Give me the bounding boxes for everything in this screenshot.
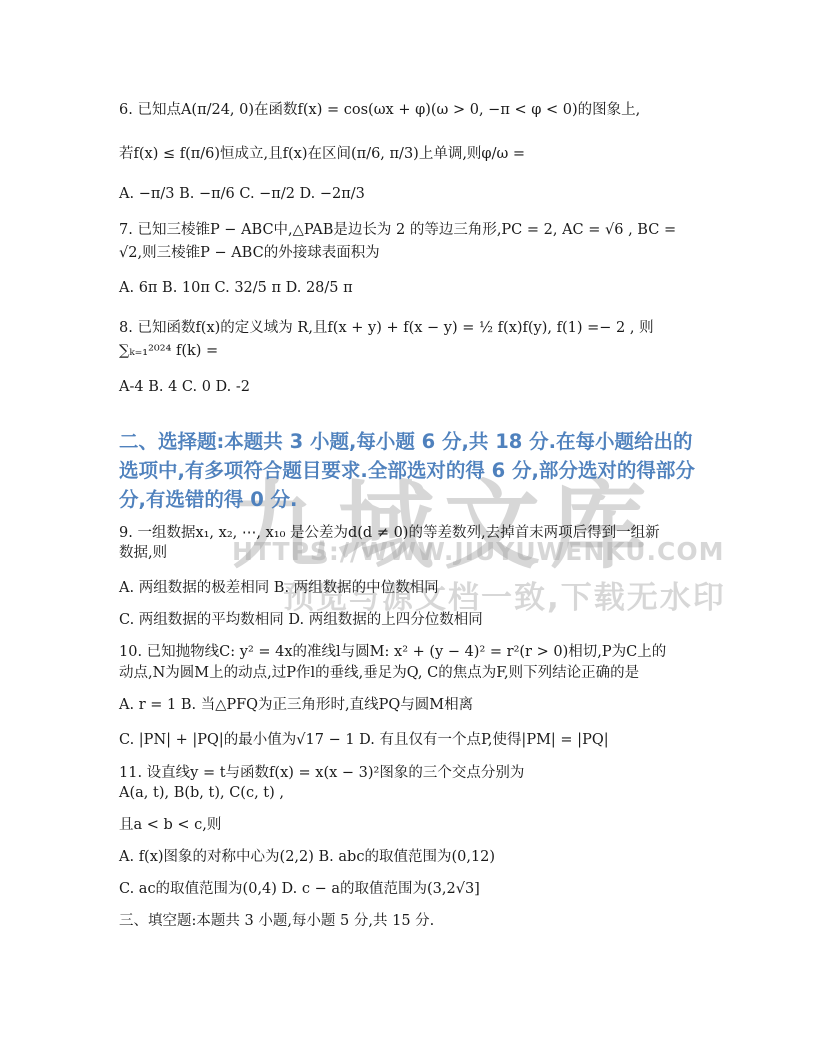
question-6-stem-line1: 6. 已知点A(π/24, 0)在函数f(x) = cos(ωx + φ)(ω … [119,100,640,120]
question-10-stem-line1: 10. 已知抛物线C: y² = 4x的准线l与圆M: x² + (y − 4)… [119,642,666,662]
question-11-stem-line2: A(a, t), B(b, t), C(c, t) , [119,783,284,803]
question-7-stem-line1: 7. 已知三棱锥P − ABC中,△PAB是边长为 2 的等边三角形,PC = … [119,220,676,240]
document-page: 九域文库 HTTPS://WWW.JIUYUWENKU.COM 预览与源文档一致… [0,0,816,1056]
question-11-stem-line1: 11. 设直线y = t与函数f(x) = x(x − 3)²图象的三个交点分别… [119,763,524,783]
question-10-stem-line2: 动点,N为圆M上的动点,过P作l的垂线,垂足为Q, C的焦点为F,则下列结论正确… [119,663,639,683]
question-6-options: A. −π/3 B. −π/6 C. −π/2 D. −2π/3 [119,184,365,204]
question-9-options-row2: C. 两组数据的平均数相同 D. 两组数据的上四分位数相同 [119,610,483,630]
question-11-options-row2: C. ac的取值范围为(0,4) D. c − a的取值范围为(3,2√3] [119,879,480,899]
question-10-options-row1: A. r = 1 B. 当△PFQ为正三角形时,直线PQ与圆M相离 [119,695,473,715]
question-9-options-row1: A. 两组数据的极差相同 B. 两组数据的中位数相同 [119,578,439,598]
question-7-options: A. 6π B. 10π C. 32/5 π D. 28/5 π [119,278,353,298]
question-8-stem-line2: ∑ₖ₌₁²⁰²⁴ f(k) = [119,341,218,361]
question-10-options-row2: C. |PN| + |PQ|的最小值为√17 − 1 D. 有且仅有一个点P,使… [119,730,609,750]
question-11-options-row1: A. f(x)图象的对称中心为(2,2) B. abc的取值范围为(0,12) [119,847,495,867]
question-9-stem-line2: 数据,则 [119,543,167,563]
question-7-stem-line2: √2,则三棱锥P − ABC的外接球表面积为 [119,243,380,263]
section-2-heading: 二、选择题:本题共 3 小题,每小题 6 分,共 18 分.在每小题给出的选项中… [119,427,709,514]
question-11-stem-line3: 且a < b < c,则 [119,815,221,835]
question-6-stem-line2: 若f(x) ≤ f(π/6)恒成立,且f(x)在区间(π/6, π/3)上单调,… [119,144,525,164]
question-9-stem-line1: 9. 一组数据x₁, x₂, ⋯, x₁₀ 是公差为d(d ≠ 0)的等差数列,… [119,523,660,543]
section-3-heading: 三、填空题:本题共 3 小题,每小题 5 分,共 15 分. [119,911,434,931]
question-8-stem-line1: 8. 已知函数f(x)的定义域为 R,且f(x + y) + f(x − y) … [119,318,654,338]
question-8-options: A-4 B. 4 C. 0 D. -2 [119,377,250,397]
